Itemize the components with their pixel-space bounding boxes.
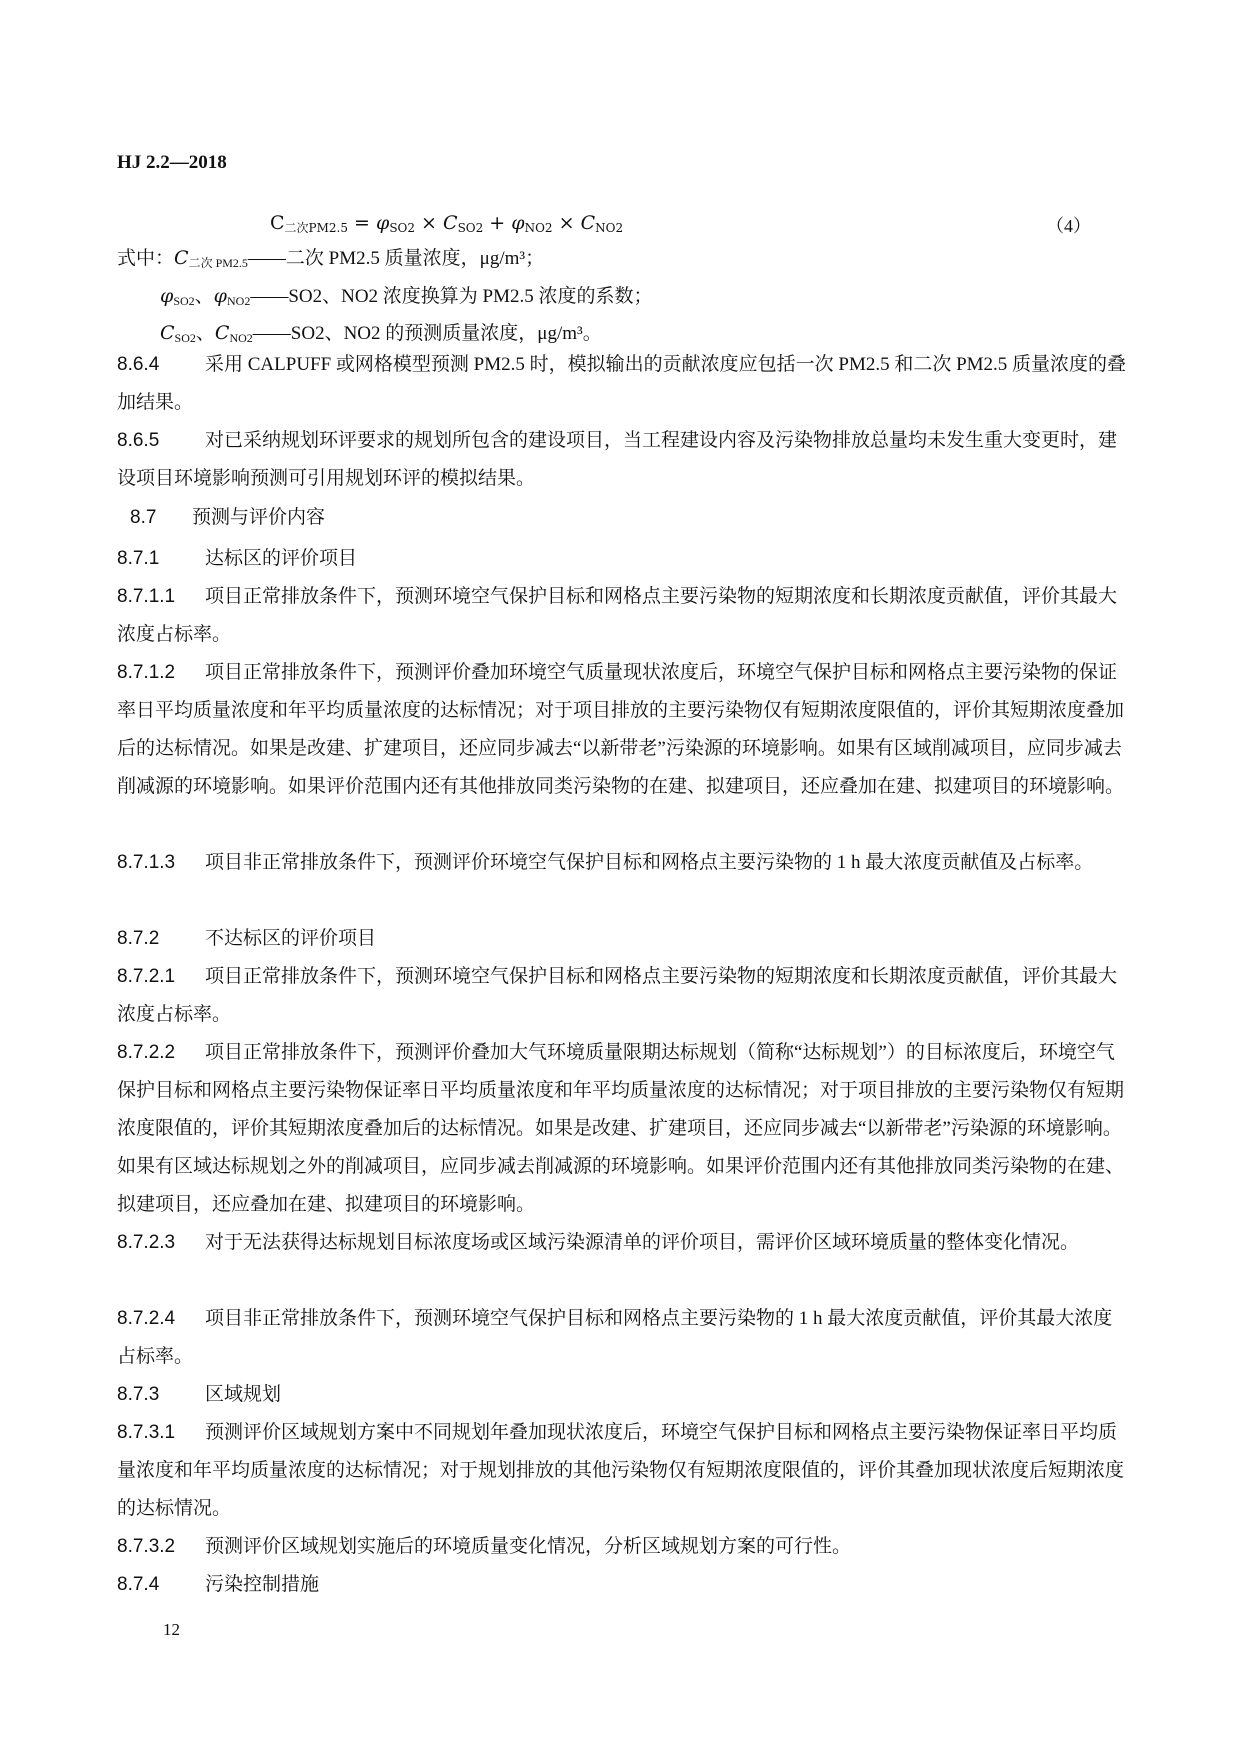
clause-text: 项目正常排放条件下，预测环境空气保护目标和网格点主要污染物的短期浓度和长期浓度贡… (117, 586, 1117, 645)
document-code: HJ 2.2—2018 (117, 152, 227, 174)
clause-number: 8.7.3 (117, 1376, 205, 1414)
def-sub: SO2 (173, 294, 194, 308)
def-sub: NO2 (229, 331, 252, 345)
definition-c-secondary: 式中：C二次 PM2.5——二次 PM2.5 质量浓度，μg/m³； (117, 243, 544, 270)
def-text: ——SO2、NO2 的预测质量浓度，μg/m³。 (253, 323, 602, 344)
c-no2: C (581, 212, 596, 234)
clause-text: 项目正常排放条件下，预测评价叠加大气环境质量限期达标规划（简称“达标规划”）的目… (117, 1042, 1124, 1215)
clause-text: 项目正常排放条件下，预测评价叠加环境空气质量现状浓度后，环境空气保护目标和网格点… (117, 662, 1124, 797)
clause-8-7-2-4: 8.7.2.4项目非正常排放条件下，预测环境空气保护目标和网格点主要污染物的 1… (117, 1300, 1127, 1376)
clause-8-7-4: 8.7.4污染控制措施 (117, 1566, 1127, 1604)
clause-text: 项目非正常排放条件下，预测评价环境空气保护目标和网格点主要污染物的 1 h 最大… (205, 852, 1093, 873)
equation-4: C二次PM2.5 = φSO2 × CSO2 + φNO2 × CNO2 (270, 212, 623, 234)
c-so2: C (443, 212, 458, 234)
formula-lhs: C (270, 212, 285, 234)
clause-text: 达标区的评价项目 (205, 548, 357, 569)
def-prefix: 式中： (117, 248, 174, 269)
clause-8-7-1-3: 8.7.1.3项目非正常排放条件下，预测评价环境空气保护目标和网格点主要污染物的… (117, 844, 1127, 882)
clause-text: 不达标区的评价项目 (205, 928, 376, 949)
phi-no2: φ (511, 212, 524, 234)
sub-so2: SO2 (458, 221, 484, 235)
clause-text: 项目非正常排放条件下，预测环境空气保护目标和网格点主要污染物的 1 h 最大浓度… (117, 1308, 1112, 1367)
clause-number: 8.7.1.2 (117, 654, 205, 692)
equation-number: （4） (1046, 212, 1091, 238)
clause-number: 8.7.1.3 (117, 844, 205, 882)
clause-text: 采用 CALPUFF 或网格模型预测 PM2.5 时，模拟输出的贡献浓度应包括一… (117, 354, 1126, 413)
clause-8-7-1: 8.7.1达标区的评价项目 (117, 540, 1127, 578)
phi-so2: φ (376, 212, 389, 234)
clause-number: 8.7.1 (117, 540, 205, 578)
clause-8-7-2-3: 8.7.2.3对于无法获得达标规划目标浓度场或区域污染源清单的评价项目，需评价区… (117, 1224, 1127, 1262)
def-symbol: C (160, 322, 175, 344)
clause-number: 8.7.2.2 (117, 1034, 205, 1072)
clause-text: 污染控制措施 (205, 1574, 319, 1595)
clause-number: 8.6.4 (117, 346, 205, 384)
clause-number: 8.7.2.4 (117, 1300, 205, 1338)
clause-8-7-2-1: 8.7.2.1项目正常排放条件下，预测环境空气保护目标和网格点主要污染物的短期浓… (117, 958, 1127, 1034)
def-text: ——SO2、NO2 浓度换算为 PM2.5 浓度的系数； (250, 286, 652, 307)
clause-8-7-3-1: 8.7.3.1预测评价区域规划方案中不同规划年叠加现状浓度后，环境空气保护目标和… (117, 1414, 1127, 1528)
def-symbol-sub: 二次 PM2.5 (189, 256, 248, 270)
clause-number: 8.6.5 (117, 422, 205, 460)
def-text: ——二次 PM2.5 质量浓度，μg/m³； (248, 248, 544, 269)
clause-number: 8.7.4 (117, 1566, 205, 1604)
clause-text: 项目正常排放条件下，预测环境空气保护目标和网格点主要污染物的短期浓度和长期浓度贡… (117, 966, 1117, 1025)
section-title: 预测与评价内容 (192, 507, 325, 528)
clause-8-7-2-2: 8.7.2.2项目正常排放条件下，预测评价叠加大气环境质量限期达标规划（简称“达… (117, 1034, 1127, 1224)
clause-8-7-1-1: 8.7.1.1项目正常排放条件下，预测环境空气保护目标和网格点主要污染物的短期浓… (117, 578, 1127, 654)
clause-text: 区域规划 (205, 1384, 281, 1405)
clause-number: 8.7.2 (117, 920, 205, 958)
clause-8-7-3-2: 8.7.3.2预测评价区域规划实施后的环境质量变化情况，分析区域规划方案的可行性… (117, 1528, 1127, 1566)
def-sub: SO2 (175, 331, 196, 345)
clause-number: 8.7.3.1 (117, 1414, 205, 1452)
clause-number: 8.7.3.2 (117, 1528, 205, 1566)
def-sep: 、 (195, 286, 214, 307)
def-symbol: C (215, 322, 230, 344)
definition-phi: φSO2、φNO2——SO2、NO2 浓度换算为 PM2.5 浓度的系数； (160, 281, 653, 308)
sub-so2: SO2 (389, 221, 415, 235)
clause-number: 8.7.1.1 (117, 578, 205, 616)
sub-no2: NO2 (525, 221, 553, 235)
def-sub: NO2 (227, 294, 250, 308)
clause-number: 8.7.2.1 (117, 958, 205, 996)
clause-8-7-2: 8.7.2不达标区的评价项目 (117, 920, 1127, 958)
def-symbol: φ (160, 285, 173, 307)
definition-c: CSO2、CNO2——SO2、NO2 的预测质量浓度，μg/m³。 (160, 318, 602, 345)
clause-text: 对已采纳规划环评要求的规划所包含的建设项目，当工程建设内容及污染物排放总量均未发… (117, 430, 1117, 489)
clause-text: 预测评价区域规划方案中不同规划年叠加现状浓度后，环境空气保护目标和网格点主要污染… (117, 1422, 1124, 1519)
section-heading-8-7: 8.7预测与评价内容 (130, 502, 325, 529)
def-symbol: φ (214, 285, 227, 307)
clause-8-6-4: 8.6.4采用 CALPUFF 或网格模型预测 PM2.5 时，模拟输出的贡献浓… (117, 346, 1127, 422)
formula-lhs-sub: 二次PM2.5 (285, 221, 348, 235)
section-number: 8.7 (130, 507, 192, 529)
sub-no2: NO2 (595, 221, 623, 235)
page-number: 12 (163, 1620, 180, 1640)
def-sep: 、 (196, 323, 215, 344)
clause-8-7-1-2: 8.7.1.2项目正常排放条件下，预测评价叠加环境空气质量现状浓度后，环境空气保… (117, 654, 1127, 806)
clause-text: 对于无法获得达标规划目标浓度场或区域污染源清单的评价项目，需评价区域环境质量的整… (205, 1232, 1079, 1253)
clause-text: 预测评价区域规划实施后的环境质量变化情况，分析区域规划方案的可行性。 (205, 1536, 851, 1557)
def-symbol: C (174, 247, 189, 269)
clause-number: 8.7.2.3 (117, 1224, 205, 1262)
clause-8-7-3: 8.7.3区域规划 (117, 1376, 1127, 1414)
clause-8-6-5: 8.6.5对已采纳规划环评要求的规划所包含的建设项目，当工程建设内容及污染物排放… (117, 422, 1127, 498)
